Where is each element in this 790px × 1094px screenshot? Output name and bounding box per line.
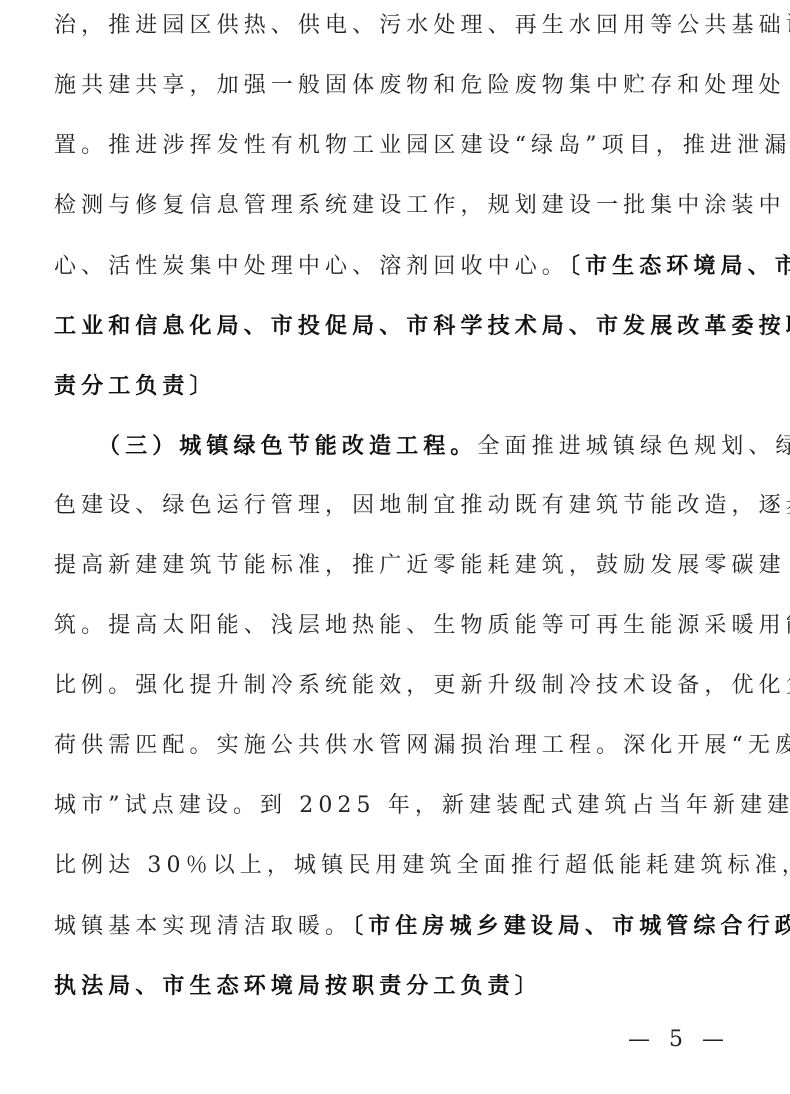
body-text: 置。推进涉挥发性有机物工业园区建设“绿岛”项目，推进泄漏 — [54, 133, 790, 158]
body-text: 荷供需匹配。实施公共供水管网漏损治理工程。深化开展“无废 — [54, 733, 790, 758]
text-line: 色建设、绿色运行管理，因地制宜推动既有建筑节能改造，逐步 — [54, 486, 790, 526]
text-line: 比例。强化提升制冷系统能效，更新升级制冷技术设备，优化负 — [54, 666, 790, 706]
text-line: 荷供需匹配。实施公共供水管网漏损治理工程。深化开展“无废 — [54, 726, 790, 766]
body-text: 筑。提高太阳能、浅层地热能、生物质能等可再生能源采暖用能 — [54, 613, 790, 638]
text-line: 比例达 30％以上，城镇民用建筑全面推行超低能耗建筑标准， — [54, 846, 790, 886]
text-line: 检测与修复信息管理系统建设工作，规划建设一批集中涂装中 — [54, 186, 786, 226]
section-heading: （三）城镇绿色节能改造工程。 — [98, 433, 477, 459]
page-number: — 5 — — [628, 1020, 730, 1060]
body-text: 全面推进城镇绿色规划、绿 — [477, 434, 790, 459]
body-text: 城镇基本实现清洁取暖。 — [54, 914, 352, 939]
section-heading-line: （三）城镇绿色节能改造工程。全面推进城镇绿色规划、绿 — [54, 426, 790, 466]
responsibility-note: 责分工负责〕 — [54, 373, 217, 399]
text-line: 心、活性炭集中处理中心、溶剂回收中心。〔市生态环境局、市 — [54, 246, 790, 286]
text-line: 施共建共享，加强一般固体废物和危险废物集中贮存和处理处 — [54, 66, 786, 106]
responsibility-note: 〔市生态环境局、市 — [569, 253, 790, 279]
responsibility-note: 〔市住房城乡建设局、市城管综合行政 — [352, 913, 790, 939]
body-text: 色建设、绿色运行管理，因地制宜推动既有建筑节能改造，逐步 — [54, 493, 790, 518]
responsibility-note: 工业和信息化局、市投促局、市科学技术局、市发展改革委按职 — [54, 313, 790, 339]
body-text: 治，推进园区供热、供电、污水处理、再生水回用等公共基础设 — [54, 13, 790, 38]
responsibility-note: 执法局、市生态环境局按职责分工负责〕 — [54, 973, 542, 999]
text-line: 责分工负责〕 — [54, 366, 217, 406]
body-text: 提高新建建筑节能标准，推广近零能耗建筑，鼓励发展零碳建 — [54, 553, 786, 578]
text-line: 置。推进涉挥发性有机物工业园区建设“绿岛”项目，推进泄漏 — [54, 126, 790, 166]
body-text: 比例。强化提升制冷系统能效，更新升级制冷技术设备，优化负 — [54, 673, 790, 698]
text-line: 城市”试点建设。到 2025 年，新建装配式建筑占当年新建建筑 — [54, 786, 790, 826]
text-line: 提高新建建筑节能标准，推广近零能耗建筑，鼓励发展零碳建 — [54, 546, 786, 586]
text-line: 筑。提高太阳能、浅层地热能、生物质能等可再生能源采暖用能 — [54, 606, 790, 646]
body-text: 心、活性炭集中处理中心、溶剂回收中心。 — [54, 254, 569, 279]
body-text: 施共建共享，加强一般固体废物和危险废物集中贮存和处理处 — [54, 73, 786, 98]
text-line: 执法局、市生态环境局按职责分工负责〕 — [54, 966, 542, 1006]
body-text: 检测与修复信息管理系统建设工作，规划建设一批集中涂装中 — [54, 193, 786, 218]
text-line: 治，推进园区供热、供电、污水处理、再生水回用等公共基础设 — [54, 6, 790, 46]
text-line: 城镇基本实现清洁取暖。〔市住房城乡建设局、市城管综合行政 — [54, 906, 790, 946]
body-text: 城市”试点建设。到 2025 年，新建装配式建筑占当年新建建筑 — [54, 793, 790, 818]
text-line: 工业和信息化局、市投促局、市科学技术局、市发展改革委按职 — [54, 306, 790, 346]
body-text: 比例达 30％以上，城镇民用建筑全面推行超低能耗建筑标准， — [54, 853, 790, 878]
